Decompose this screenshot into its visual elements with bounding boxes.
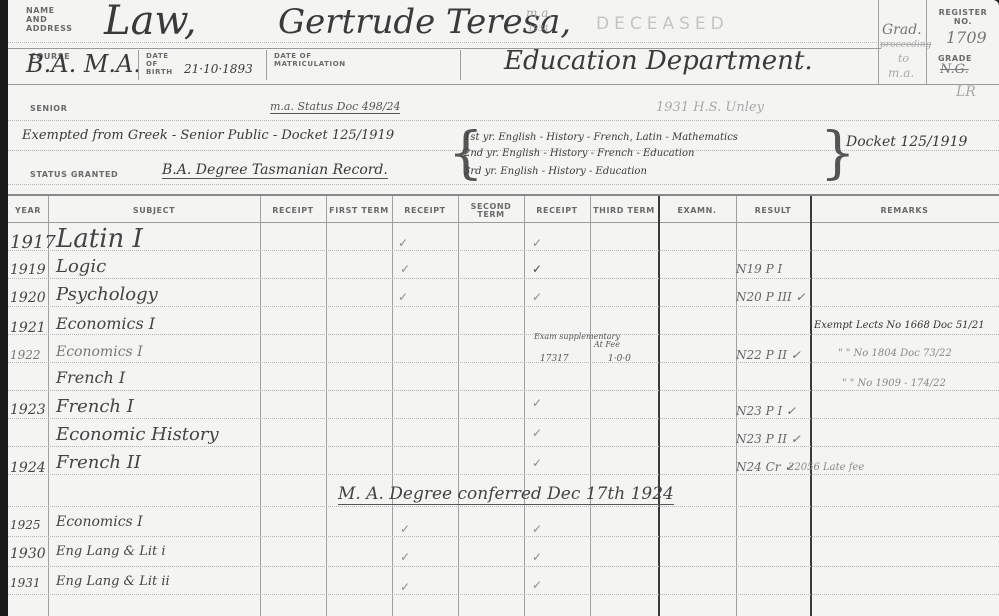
row-subject: Economics I: [56, 514, 143, 530]
row-result: N23 P II ✓: [736, 432, 801, 446]
label-register: Register: [930, 8, 996, 17]
label-of: of: [146, 60, 173, 68]
senior-note: m.a. Status Doc 498/24: [270, 100, 400, 114]
divider: [878, 0, 879, 84]
row-remarks: " " No 1909 - 174/22: [842, 378, 946, 389]
exam-amount: 1·0·0: [608, 354, 631, 364]
row-rule: [8, 566, 999, 567]
label-no: No.: [930, 17, 996, 26]
check-icon: ✓: [400, 580, 410, 594]
row-subject: Latin I: [56, 224, 143, 254]
row-subject: French I: [56, 368, 125, 387]
col-receipt-2: Receipt: [392, 200, 458, 222]
col-divider: [524, 196, 525, 616]
row-subject: Eng Lang & Lit ii: [56, 574, 170, 589]
col-result: Result: [736, 200, 810, 222]
status-granted-value: B.A. Degree Tasmanian Record.: [162, 162, 388, 179]
check-icon: ✓: [532, 550, 542, 564]
deceased-stamp: DECEASED: [596, 14, 729, 34]
row-year: 1917: [10, 232, 48, 253]
col-divider: [392, 196, 393, 616]
exam-receipt: 17317: [540, 354, 569, 364]
row-rule: [8, 334, 999, 335]
register-label: Register No.: [930, 8, 996, 26]
col-examn: Examn.: [658, 200, 736, 222]
row-year: 1922: [10, 348, 48, 362]
row-result: N24 Cr ✓: [736, 460, 794, 474]
col-first-term: First Term: [326, 200, 392, 222]
row-rule: [8, 306, 999, 307]
row-subject: Logic: [56, 256, 106, 277]
row-remarks: Exempt Lects No 1668 Doc 51/21: [814, 320, 985, 331]
name-address-label: Name and Address: [26, 6, 72, 34]
label-date-of: Date of: [274, 52, 346, 60]
col-divider: [260, 196, 261, 616]
row-rule: [8, 250, 999, 251]
row-result: N22 P II ✓: [736, 348, 801, 362]
check-icon: ✓: [532, 426, 542, 440]
col-divider: [658, 196, 660, 616]
grade-value: N.G.: [940, 62, 969, 77]
row-rule: [8, 362, 999, 363]
row-subject: Economics I: [56, 314, 155, 333]
check-icon: ✓: [532, 522, 542, 536]
label-date: Date: [146, 52, 173, 60]
register-number: 1709: [946, 28, 987, 47]
check-icon: ✓: [532, 262, 542, 276]
row-subject: Economic History: [56, 424, 219, 445]
row-rule: [8, 506, 999, 507]
check-icon: ✓: [532, 236, 542, 250]
row-subject: Economics I: [56, 344, 143, 360]
docket-note: Docket 125/1919: [846, 134, 967, 150]
exam-fee-note: At Fee: [594, 340, 620, 349]
label-name: Name: [26, 6, 72, 15]
row-rule: [8, 446, 999, 447]
row-year: 1930: [10, 546, 48, 562]
table-header-rule: [8, 222, 999, 223]
label-birth: Birth: [146, 68, 173, 76]
grad-to: to: [898, 52, 909, 65]
row-rule: [8, 536, 999, 537]
col-divider: [326, 196, 327, 616]
exempted-note: Exempted from Greek - Senior Public - Do…: [22, 128, 394, 143]
degree-conferred-note: M. A. Degree conferred Dec 17th 1924: [338, 484, 674, 505]
matriculation-label: Date of Matriculation: [274, 52, 346, 68]
row-rule: [8, 278, 999, 279]
row-year: 1924: [10, 460, 48, 476]
label-and: and: [26, 15, 72, 24]
table-top-rule: [8, 194, 999, 196]
col-receipt-1: Receipt: [260, 200, 326, 222]
col-divider: [48, 196, 49, 616]
grade-extra: LR: [956, 84, 976, 100]
col-divider: [458, 196, 459, 616]
col-subject: Subject: [48, 200, 260, 222]
row-rule: [8, 418, 999, 419]
label-address: Address: [26, 24, 72, 33]
row-year: 1923: [10, 402, 48, 418]
year-1-subjects: 1st yr. English - History - French, Lati…: [464, 132, 738, 143]
row-remarks: 22056 Late fee: [788, 462, 864, 473]
ma-year-annotation: 1934: [528, 24, 548, 33]
surname: Law,: [104, 0, 197, 44]
col-divider: [810, 196, 812, 616]
status-granted-label: Status Granted: [30, 170, 118, 179]
col-year: Year: [8, 200, 48, 222]
check-icon: ✓: [400, 262, 410, 276]
grad-proceeding: proceeding: [880, 40, 931, 50]
date-of-birth: 21·10·1893: [184, 62, 253, 76]
col-divider: [590, 196, 591, 616]
row-year: 1921: [10, 320, 48, 336]
dob-label: Date of Birth: [146, 52, 173, 76]
divider: [266, 50, 267, 80]
divider: [460, 50, 461, 80]
row-result: N20 P III ✓: [736, 290, 806, 304]
row-result: N23 P I ✓: [736, 404, 796, 418]
row-year: 1931: [10, 576, 48, 590]
student-record-card: Name and Address Law, Gertrude Teresa, m…: [8, 0, 999, 616]
row-rule: [8, 390, 999, 391]
check-icon: ✓: [398, 290, 408, 304]
row-subject: French II: [56, 452, 141, 473]
row-subject: French I: [56, 396, 134, 417]
row-remarks: " " No 1804 Doc 73/22: [838, 348, 952, 359]
name-dotted-rule: [8, 42, 881, 43]
col-remarks: Remarks: [810, 200, 999, 222]
row-year: 1925: [10, 518, 48, 532]
check-icon: ✓: [532, 578, 542, 592]
divider: [138, 50, 139, 80]
department: Education Department.: [504, 46, 813, 76]
check-icon: ✓: [532, 396, 542, 410]
row-result: N19 P I: [736, 262, 782, 276]
senior-label: Senior: [30, 104, 67, 113]
row-rule: [8, 594, 999, 595]
check-icon: ✓: [532, 290, 542, 304]
check-icon: ✓: [400, 550, 410, 564]
grad-ma: m.a.: [888, 66, 914, 80]
row-subject: Eng Lang & Lit i: [56, 544, 166, 559]
row-subject: Psychology: [56, 284, 158, 305]
faint-note: 1931 H.S. Unley: [656, 100, 764, 115]
col-second-term: Second Term: [458, 200, 524, 222]
grad-note: Grad.: [882, 22, 922, 38]
year-2-subjects: 2nd yr. English - History - French - Edu…: [464, 148, 694, 159]
row-year: 1920: [10, 290, 48, 306]
row-year: 1919: [10, 262, 48, 278]
course-value: B.A. M.A.: [26, 50, 141, 78]
check-icon: ✓: [398, 236, 408, 250]
ma-annotation: m.a.: [526, 6, 552, 20]
col-third-term: Third Term: [590, 200, 658, 222]
label-matriculation: Matriculation: [274, 60, 346, 68]
check-icon: ✓: [400, 522, 410, 536]
dotted-rule: [8, 184, 999, 185]
check-icon: ✓: [532, 456, 542, 470]
row-rule: [8, 474, 999, 475]
year-3-subjects: 3rd yr. English - History - Education: [464, 166, 647, 177]
col-receipt-3: Receipt: [524, 200, 590, 222]
header-bottom-rule: [8, 84, 999, 85]
